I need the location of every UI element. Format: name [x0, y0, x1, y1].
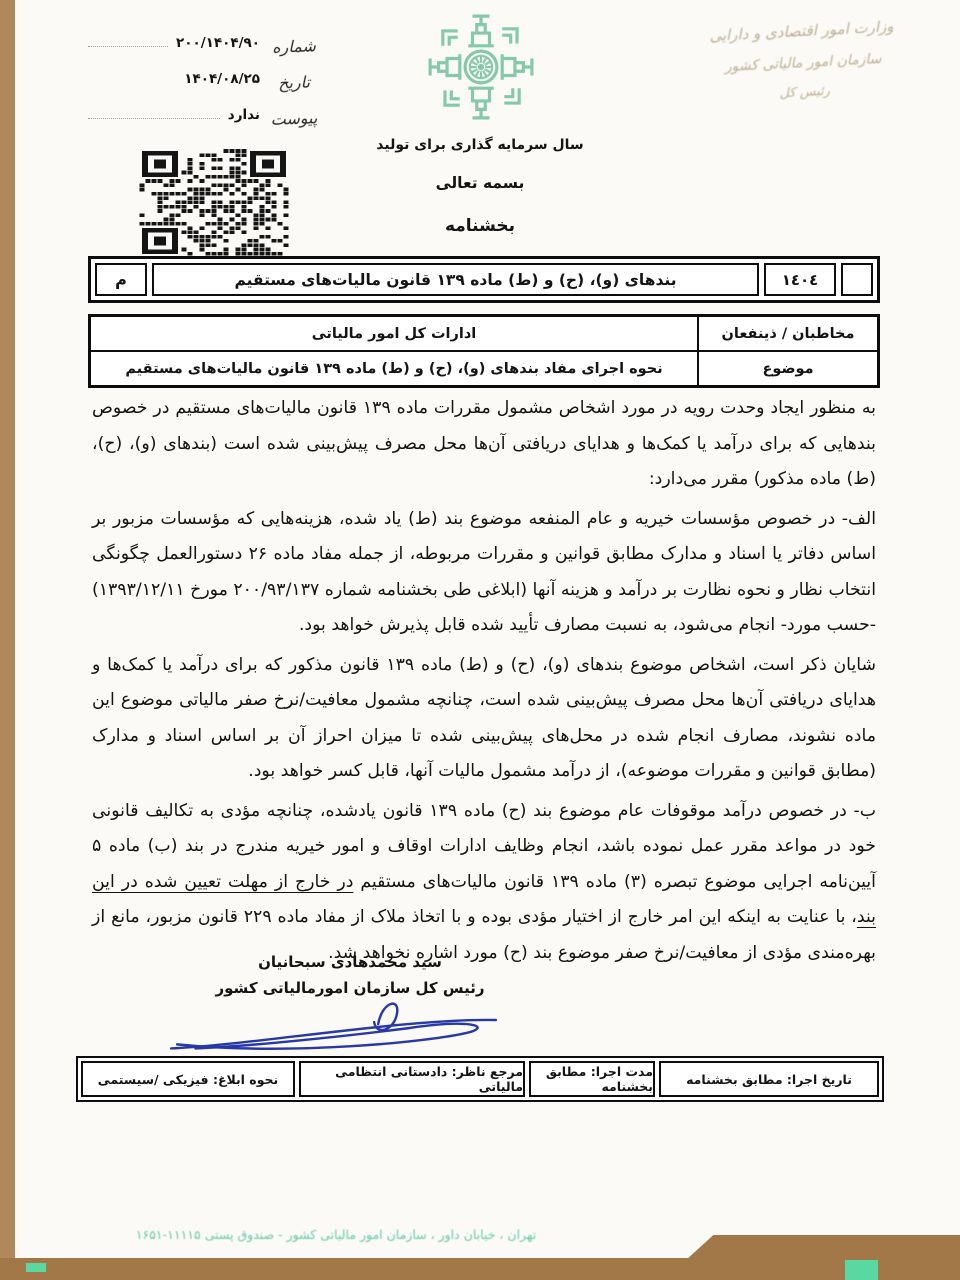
number-label: شماره [264, 36, 325, 57]
document-type-title: بخشنامه [0, 216, 960, 236]
supervisory-authority-cell: مرجع ناظر: دادستانی انتظامی مالیاتی [299, 1061, 525, 1097]
registration-mark-left [26, 1263, 46, 1272]
date-label: تاریخ [264, 72, 325, 93]
letterhead-organization: سازمان امور مالیاتی کشور [664, 48, 942, 79]
subject-label: موضوع [697, 352, 877, 385]
classification-header-row: م بندهای (و)، (ح) و (ط) ماده ۱۳۹ قانون م… [88, 256, 880, 303]
table-row: مخاطبان / ذینفعان ادارات کل امور مالیاتی [91, 317, 877, 350]
document-page: شماره ۲۰۰/۱۴۰۴/۹۰ تاریخ ۱۴۰۴/۰۸/۲۵ پیوست… [0, 0, 960, 1280]
paragraph-note: شایان ذکر است، اشخاص موضوع بندهای (و)، (… [92, 648, 876, 790]
meta-attachment-row: پیوست ندارد [88, 92, 324, 128]
subject-value: نحوه اجرای مفاد بندهای (و)، (ح) و (ط) ما… [91, 352, 697, 385]
paragraph-intro: به منظور ایجاد وحدت رویه در مورد اشخاص م… [92, 391, 876, 498]
footer-address: تهران ، خیابان داور ، سازمان امور مالیات… [108, 1227, 564, 1242]
tax-organization-logo-icon [424, 14, 538, 120]
year-cell: ١٤٠٤ [764, 263, 836, 296]
footer-band-trapezoid [686, 1235, 960, 1260]
dotted-line [88, 46, 168, 47]
letterhead-office: رئیس کل [665, 78, 943, 108]
registration-mark-right [845, 1260, 878, 1280]
letterhead-ministry: وزارت امور اقتصادی و دارایی [662, 15, 941, 48]
letter-meta: شماره ۲۰۰/۱۴۰۴/۹۰ تاریخ ۱۴۰۴/۰۸/۲۵ پیوست… [88, 20, 324, 128]
date-value: ۱۴۰۴/۰۸/۲۵ [178, 71, 264, 92]
recipients-value: ادارات کل امور مالیاتی [91, 317, 697, 350]
bismillah-text: بسمه تعالی [0, 174, 960, 192]
letterhead-calligraphy: وزارت امور اقتصادی و دارایی سازمان امور … [662, 15, 944, 107]
number-value: ۲۰۰/۱۴۰۴/۹۰ [170, 35, 264, 56]
execution-table: تاریخ اجرا: مطابق بخشنامه مدت اجرا: مطاب… [76, 1056, 884, 1102]
subject-title-cell: بندهای (و)، (ح) و (ط) ماده ۱۳۹ قانون مال… [152, 263, 759, 296]
meta-number-row: شماره ۲۰۰/۱۴۰۴/۹۰ [88, 20, 324, 56]
table-row: موضوع نحوه اجرای مفاد بندهای (و)، (ح) و … [91, 350, 877, 385]
attachment-label: پیوست [264, 108, 325, 129]
left-border-strip [0, 0, 15, 1280]
paragraph-alef: الف- در خصوص مؤسسات خیریه و عام المنفعه … [92, 502, 876, 644]
qr-code [139, 149, 289, 256]
notification-method-cell: نحوه ابلاغ: فیزیکی /سیستمی [81, 1061, 295, 1097]
footer-band [0, 1258, 960, 1280]
classification-code-cell: م [95, 263, 147, 296]
recipients-table: مخاطبان / ذینفعان ادارات کل امور مالیاتی… [88, 314, 880, 388]
paragraph-be: ب- در خصوص درآمد موقوفات عام موضوع بند (… [92, 794, 876, 972]
execution-duration-cell: مدت اجرا: مطابق بخشنامه [529, 1061, 655, 1097]
attachment-value: ندارد [222, 107, 264, 128]
circular-body: به منظور ایجاد وحدت رویه در مورد اشخاص م… [92, 391, 876, 975]
execution-date-cell: تاریخ اجرا: مطابق بخشنامه [659, 1061, 879, 1097]
blank-cell [841, 263, 873, 296]
signatory-name: سید محمدهادی سبحانیان [200, 953, 500, 971]
handwritten-signature-icon [165, 983, 500, 1055]
motto-text: سال سرمایه گذاری برای تولید [0, 137, 960, 153]
dotted-line [88, 118, 220, 119]
meta-date-row: تاریخ ۱۴۰۴/۰۸/۲۵ [88, 56, 324, 92]
recipients-label: مخاطبان / ذینفعان [697, 317, 877, 350]
